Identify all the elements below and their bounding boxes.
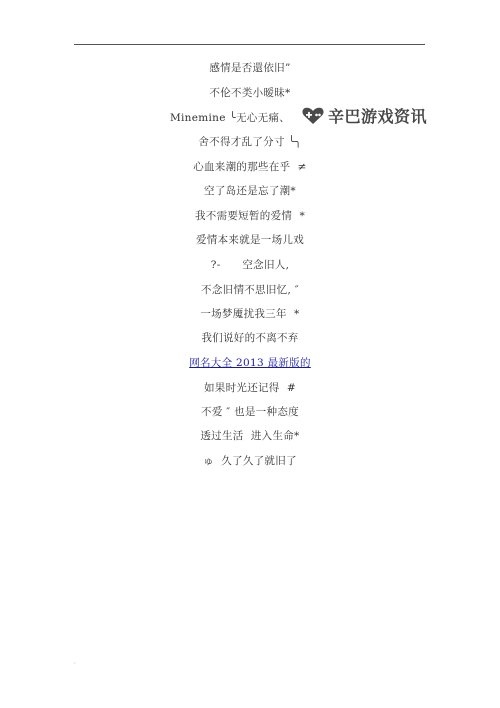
- list-item: 感情是否還依旧”: [0, 61, 500, 75]
- gamepad-heart-icon: [302, 107, 324, 125]
- watermark: 辛巴游戏资讯: [302, 104, 427, 127]
- list-item: 舍不得才乱了分寸 ╰╮: [0, 135, 500, 149]
- header-mark: .: [424, 40, 426, 46]
- list-item: 透过生活 进入生命*: [0, 429, 500, 443]
- list-item: 不爱 ″ 也是一种态度: [0, 405, 500, 419]
- list-item: 我们说好的不离不弃: [0, 331, 500, 345]
- list-item: ?- 空念旧人,: [0, 258, 500, 272]
- list-item: ゅ 久了久了就旧了: [0, 454, 500, 468]
- list-item: 一场梦魇扰我三年 *: [0, 307, 500, 321]
- list-item: 不伦不类小暧昧*: [0, 86, 500, 100]
- list-item: 我不需要短暂的爱情 *: [0, 209, 500, 223]
- list-item: 不念旧情不思旧忆, ″: [0, 283, 500, 297]
- watermark-text: 辛巴游戏资讯: [328, 104, 427, 127]
- list-item: 空了岛还是忘了潮*: [0, 184, 500, 198]
- name-list-link[interactable]: 网名大全 2013 最新版的: [0, 356, 500, 370]
- list-item: 爱情本来就是一场儿戏: [0, 233, 500, 247]
- list-item: 如果时光还记得 #: [0, 381, 500, 395]
- list-item: 心血来潮的那些在乎 ≠: [0, 160, 500, 174]
- footer-mark: ,: [74, 658, 76, 665]
- header-rule: [74, 44, 425, 45]
